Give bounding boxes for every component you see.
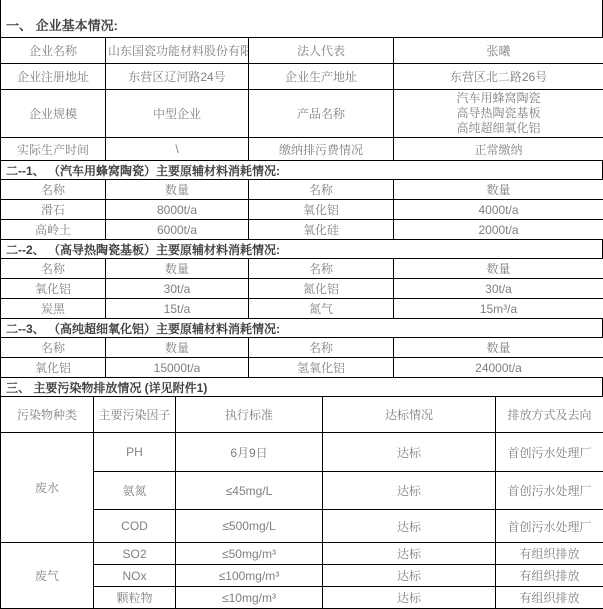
data-cell: ≤50mg/m³ [176, 543, 323, 565]
table-header-row: 名称 数量 名称 数量 [1, 259, 603, 279]
header-cell: 名称 [249, 259, 394, 279]
product-line: 高导热陶瓷基板 [396, 106, 601, 121]
report-document: 一、 企业基本情况: 企业名称 山东国瓷功能材料股份有限 法人代表 张曦 企业注… [0, 0, 603, 609]
label-cell: 企业名称 [1, 38, 106, 64]
header-cell: 名称 [1, 259, 106, 279]
table-row: 氧化铝 15000t/a 氢氧化铝 24000t/a [1, 358, 603, 378]
value-cell: 东营区辽河路24号 [106, 64, 249, 90]
data-cell: 高岭土 [1, 220, 106, 240]
table-row: 企业注册地址 东营区辽河路24号 企业生产地址 东营区北二路26号 [1, 64, 603, 90]
data-cell: 首创污水处理厂 [496, 433, 603, 472]
header-cell: 数量 [106, 259, 249, 279]
data-cell: 达标 [323, 472, 496, 510]
label-cell: 企业生产地址 [249, 64, 394, 90]
data-cell: 8000t/a [106, 200, 249, 220]
value-cell: \ [106, 138, 249, 161]
data-cell: 氮气 [249, 299, 394, 319]
header-cell: 排放方式及去向 [496, 397, 603, 433]
header-cell: 数量 [106, 338, 249, 358]
material-table-1: 名称 数量 名称 数量 滑石 8000t/a 氧化铝 4000t/a 高岭土 6… [0, 179, 603, 240]
data-cell: 24000t/a [394, 358, 603, 378]
data-cell: NOx [94, 565, 176, 587]
header-cell: 名称 [249, 180, 394, 200]
table-row: 废水 PH 6月9日 达标 首创污水处理厂 [1, 433, 603, 472]
value-cell: 正常缴纳 [394, 138, 603, 161]
header-cell: 名称 [1, 338, 106, 358]
table-row: 废气 SO2 ≤50mg/m³ 达标 有组织排放 [1, 543, 603, 565]
label-cell: 法人代表 [249, 38, 394, 64]
data-cell: ≤10mg/m³ [176, 587, 323, 609]
data-cell: 达标 [323, 433, 496, 472]
section-material-1-title: 二--1、 （汽车用蜂窝陶瓷）主要原辅材料消耗情况: [0, 160, 603, 180]
header-cell: 污染物种类 [1, 397, 94, 433]
data-cell: 4000t/a [394, 200, 603, 220]
value-cell: 山东国瓷功能材料股份有限 [106, 38, 249, 64]
data-cell: 氨氮 [94, 472, 176, 510]
table-row: 高岭土 6000t/a 氧化硅 2000t/a [1, 220, 603, 240]
pollution-table: 污染物种类 主要污染因子 执行标准 达标情况 排放方式及去向 废水 PH 6月9… [0, 396, 603, 609]
data-cell: 15000t/a [106, 358, 249, 378]
data-cell: 达标 [323, 543, 496, 565]
header-cell: 达标情况 [323, 397, 496, 433]
data-cell: 氧化硅 [249, 220, 394, 240]
data-cell: 氧化铝 [1, 358, 106, 378]
header-cell: 主要污染因子 [94, 397, 176, 433]
label-cell: 产品名称 [249, 90, 394, 138]
header-cell: 数量 [394, 338, 603, 358]
table-row: 炭黑 15t/a 氮气 15m³/a [1, 299, 603, 319]
label-cell: 企业规模 [1, 90, 106, 138]
value-cell: 东营区北二路26号 [394, 64, 603, 90]
data-cell: 15t/a [106, 299, 249, 319]
data-cell: 氮化铝 [249, 279, 394, 299]
data-cell: 有组织排放 [496, 587, 603, 609]
section-material-3-title: 二--3、 （高纯超细氧化铝）主要原辅材料消耗情况: [0, 318, 603, 338]
table-header-row: 名称 数量 名称 数量 [1, 180, 603, 200]
pollutant-group-cell: 废气 [1, 543, 94, 609]
data-cell: ≤45mg/L [176, 472, 323, 510]
table-row: 企业名称 山东国瓷功能材料股份有限 法人代表 张曦 [1, 38, 603, 64]
value-cell: 张曦 [394, 38, 603, 64]
header-cell: 数量 [394, 180, 603, 200]
data-cell: 颗粒物 [94, 587, 176, 609]
table-header-row: 名称 数量 名称 数量 [1, 338, 603, 358]
data-cell: 首创污水处理厂 [496, 472, 603, 510]
data-cell: 达标 [323, 510, 496, 543]
data-cell: 炭黑 [1, 299, 106, 319]
data-cell: 氢氧化铝 [249, 358, 394, 378]
header-cell: 数量 [394, 259, 603, 279]
section-basic-info-title: 一、 企业基本情况: [0, 0, 603, 38]
data-cell: 氧化铝 [1, 279, 106, 299]
table-row: 实际生产时间 \ 缴纳排污费情况 正常缴纳 [1, 138, 603, 161]
header-cell: 执行标准 [176, 397, 323, 433]
header-cell: 名称 [249, 338, 394, 358]
section-material-2-title: 二--2、 （高导热陶瓷基板）主要原辅材料消耗情况: [0, 239, 603, 259]
header-cell: 名称 [1, 180, 106, 200]
label-cell: 缴纳排污费情况 [249, 138, 394, 161]
data-cell: 6000t/a [106, 220, 249, 240]
data-cell: 30t/a [394, 279, 603, 299]
header-cell: 数量 [106, 180, 249, 200]
data-cell: 达标 [323, 587, 496, 609]
data-cell: 15m³/a [394, 299, 603, 319]
material-table-2: 名称 数量 名称 数量 氧化铝 30t/a 氮化铝 30t/a 炭黑 15t/a… [0, 258, 603, 319]
data-cell: 达标 [323, 565, 496, 587]
table-header-row: 污染物种类 主要污染因子 执行标准 达标情况 排放方式及去向 [1, 397, 603, 433]
data-cell: SO2 [94, 543, 176, 565]
data-cell: 首创污水处理厂 [496, 510, 603, 543]
material-table-3: 名称 数量 名称 数量 氧化铝 15000t/a 氢氧化铝 24000t/a [0, 337, 603, 378]
product-line: 高纯超细氧化铝 [396, 121, 601, 136]
section-pollution-title: 三、 主要污染物排放情况 (详见附件1) [0, 377, 603, 397]
product-line: 汽车用蜂窝陶瓷 [396, 91, 601, 106]
data-cell: 2000t/a [394, 220, 603, 240]
data-cell: 氧化铝 [249, 200, 394, 220]
table-row: 企业规模 中型企业 产品名称 汽车用蜂窝陶瓷 高导热陶瓷基板 高纯超细氧化铝 [1, 90, 603, 138]
product-list-cell: 汽车用蜂窝陶瓷 高导热陶瓷基板 高纯超细氧化铝 [394, 90, 603, 138]
data-cell: COD [94, 510, 176, 543]
pollutant-group-cell: 废水 [1, 433, 94, 543]
label-cell: 实际生产时间 [1, 138, 106, 161]
data-cell: ≤500mg/L [176, 510, 323, 543]
data-cell: 6月9日 [176, 433, 323, 472]
table-row: 滑石 8000t/a 氧化铝 4000t/a [1, 200, 603, 220]
value-cell: 中型企业 [106, 90, 249, 138]
data-cell: PH [94, 433, 176, 472]
data-cell: 有组织排放 [496, 565, 603, 587]
data-cell: 30t/a [106, 279, 249, 299]
data-cell: 有组织排放 [496, 543, 603, 565]
data-cell: 滑石 [1, 200, 106, 220]
data-cell: ≤100mg/m³ [176, 565, 323, 587]
label-cell: 企业注册地址 [1, 64, 106, 90]
basic-info-table: 企业名称 山东国瓷功能材料股份有限 法人代表 张曦 企业注册地址 东营区辽河路2… [0, 37, 603, 161]
table-row: 氧化铝 30t/a 氮化铝 30t/a [1, 279, 603, 299]
